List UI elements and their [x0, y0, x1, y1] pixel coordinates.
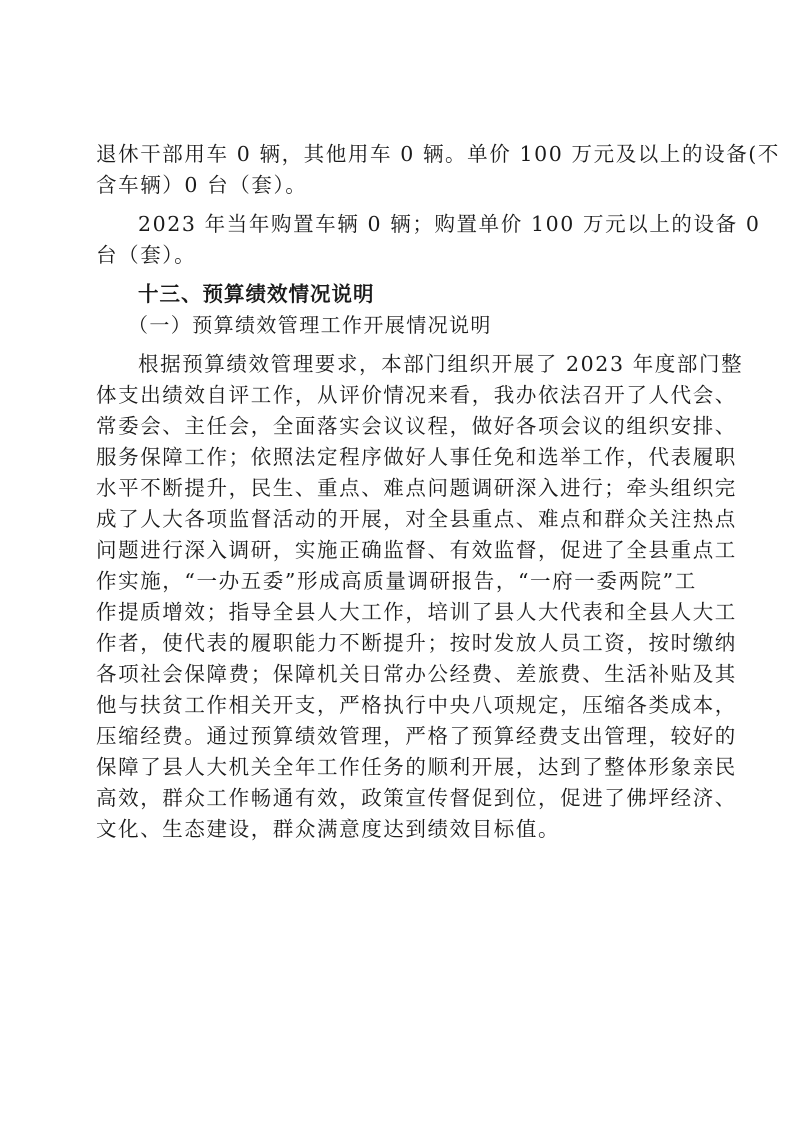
- text-line: 压缩经费。通过预算绩效管理，严格了预算经费支出管理，较好的: [96, 721, 707, 752]
- text-line: 成了人大各项监督活动的开展，对全县重点、难点和群众关注热点: [96, 504, 707, 535]
- text-line: 常委会、主任会，全面落实会议议程，做好各项会议的组织安排、: [96, 411, 707, 442]
- text-line: 根据预算绩效管理要求，本部门组织开展了 2023 年度部门整: [96, 349, 707, 380]
- text-line: 保障了县人大机关全年工作任务的顺利开展，达到了整体形象亲民: [96, 752, 707, 783]
- text-line: 服务保障工作；依照法定程序做好人事任免和选举工作，代表履职: [96, 442, 707, 473]
- text-line: 问题进行深入调研，实施正确监督、有效监督，促进了全县重点工: [96, 535, 707, 566]
- vehicle-paragraph: 退休干部用车 0 辆，其他用车 0 辆。单价 100 万元及以上的设备(不 含车…: [96, 139, 707, 201]
- text-line: 文化、生态建设，群众满意度达到绩效目标值。: [96, 814, 707, 845]
- text-line: 作提质增效；指导全县人大工作，培训了县人大代表和全县人大工: [96, 597, 707, 628]
- text-line: 各项社会保障费；保障机关日常办公经费、差旅费、生活补贴及其: [96, 659, 707, 690]
- text-line: 高效，群众工作畅通有效，政策宣传督促到位，促进了佛坪经济、: [96, 783, 707, 814]
- subsection-heading: （一）预算绩效管理工作开展情况说明: [96, 310, 707, 341]
- text-line: 含车辆）0 台（套）。: [96, 170, 707, 201]
- text-line: 2023 年当年购置车辆 0 辆；购置单价 100 万元以上的设备 0: [96, 209, 707, 240]
- section-heading: 十三、预算绩效情况说明: [96, 279, 707, 310]
- text-line: 作实施，“一办五委”形成高质量调研报告，“一府一委两院”工: [96, 566, 707, 597]
- text-line: 台（套）。: [96, 240, 707, 271]
- text-line: 作者，使代表的履职能力不断提升；按时发放人员工资，按时缴纳: [96, 628, 707, 659]
- text-line: 他与扶贫工作相关开支，严格执行中央八项规定，压缩各类成本，: [96, 690, 707, 721]
- purchase-paragraph: 2023 年当年购置车辆 0 辆；购置单价 100 万元以上的设备 0 台（套）…: [96, 209, 707, 271]
- document-page: 退休干部用车 0 辆，其他用车 0 辆。单价 100 万元及以上的设备(不 含车…: [96, 139, 707, 845]
- text-line: 退休干部用车 0 辆，其他用车 0 辆。单价 100 万元及以上的设备(不: [96, 139, 707, 170]
- text-line: 体支出绩效自评工作，从评价情况来看，我办依法召开了人代会、: [96, 380, 707, 411]
- performance-paragraph: 根据预算绩效管理要求，本部门组织开展了 2023 年度部门整 体支出绩效自评工作…: [96, 349, 707, 845]
- text-line: 水平不断提升，民生、重点、难点问题调研深入进行；牵头组织完: [96, 473, 707, 504]
